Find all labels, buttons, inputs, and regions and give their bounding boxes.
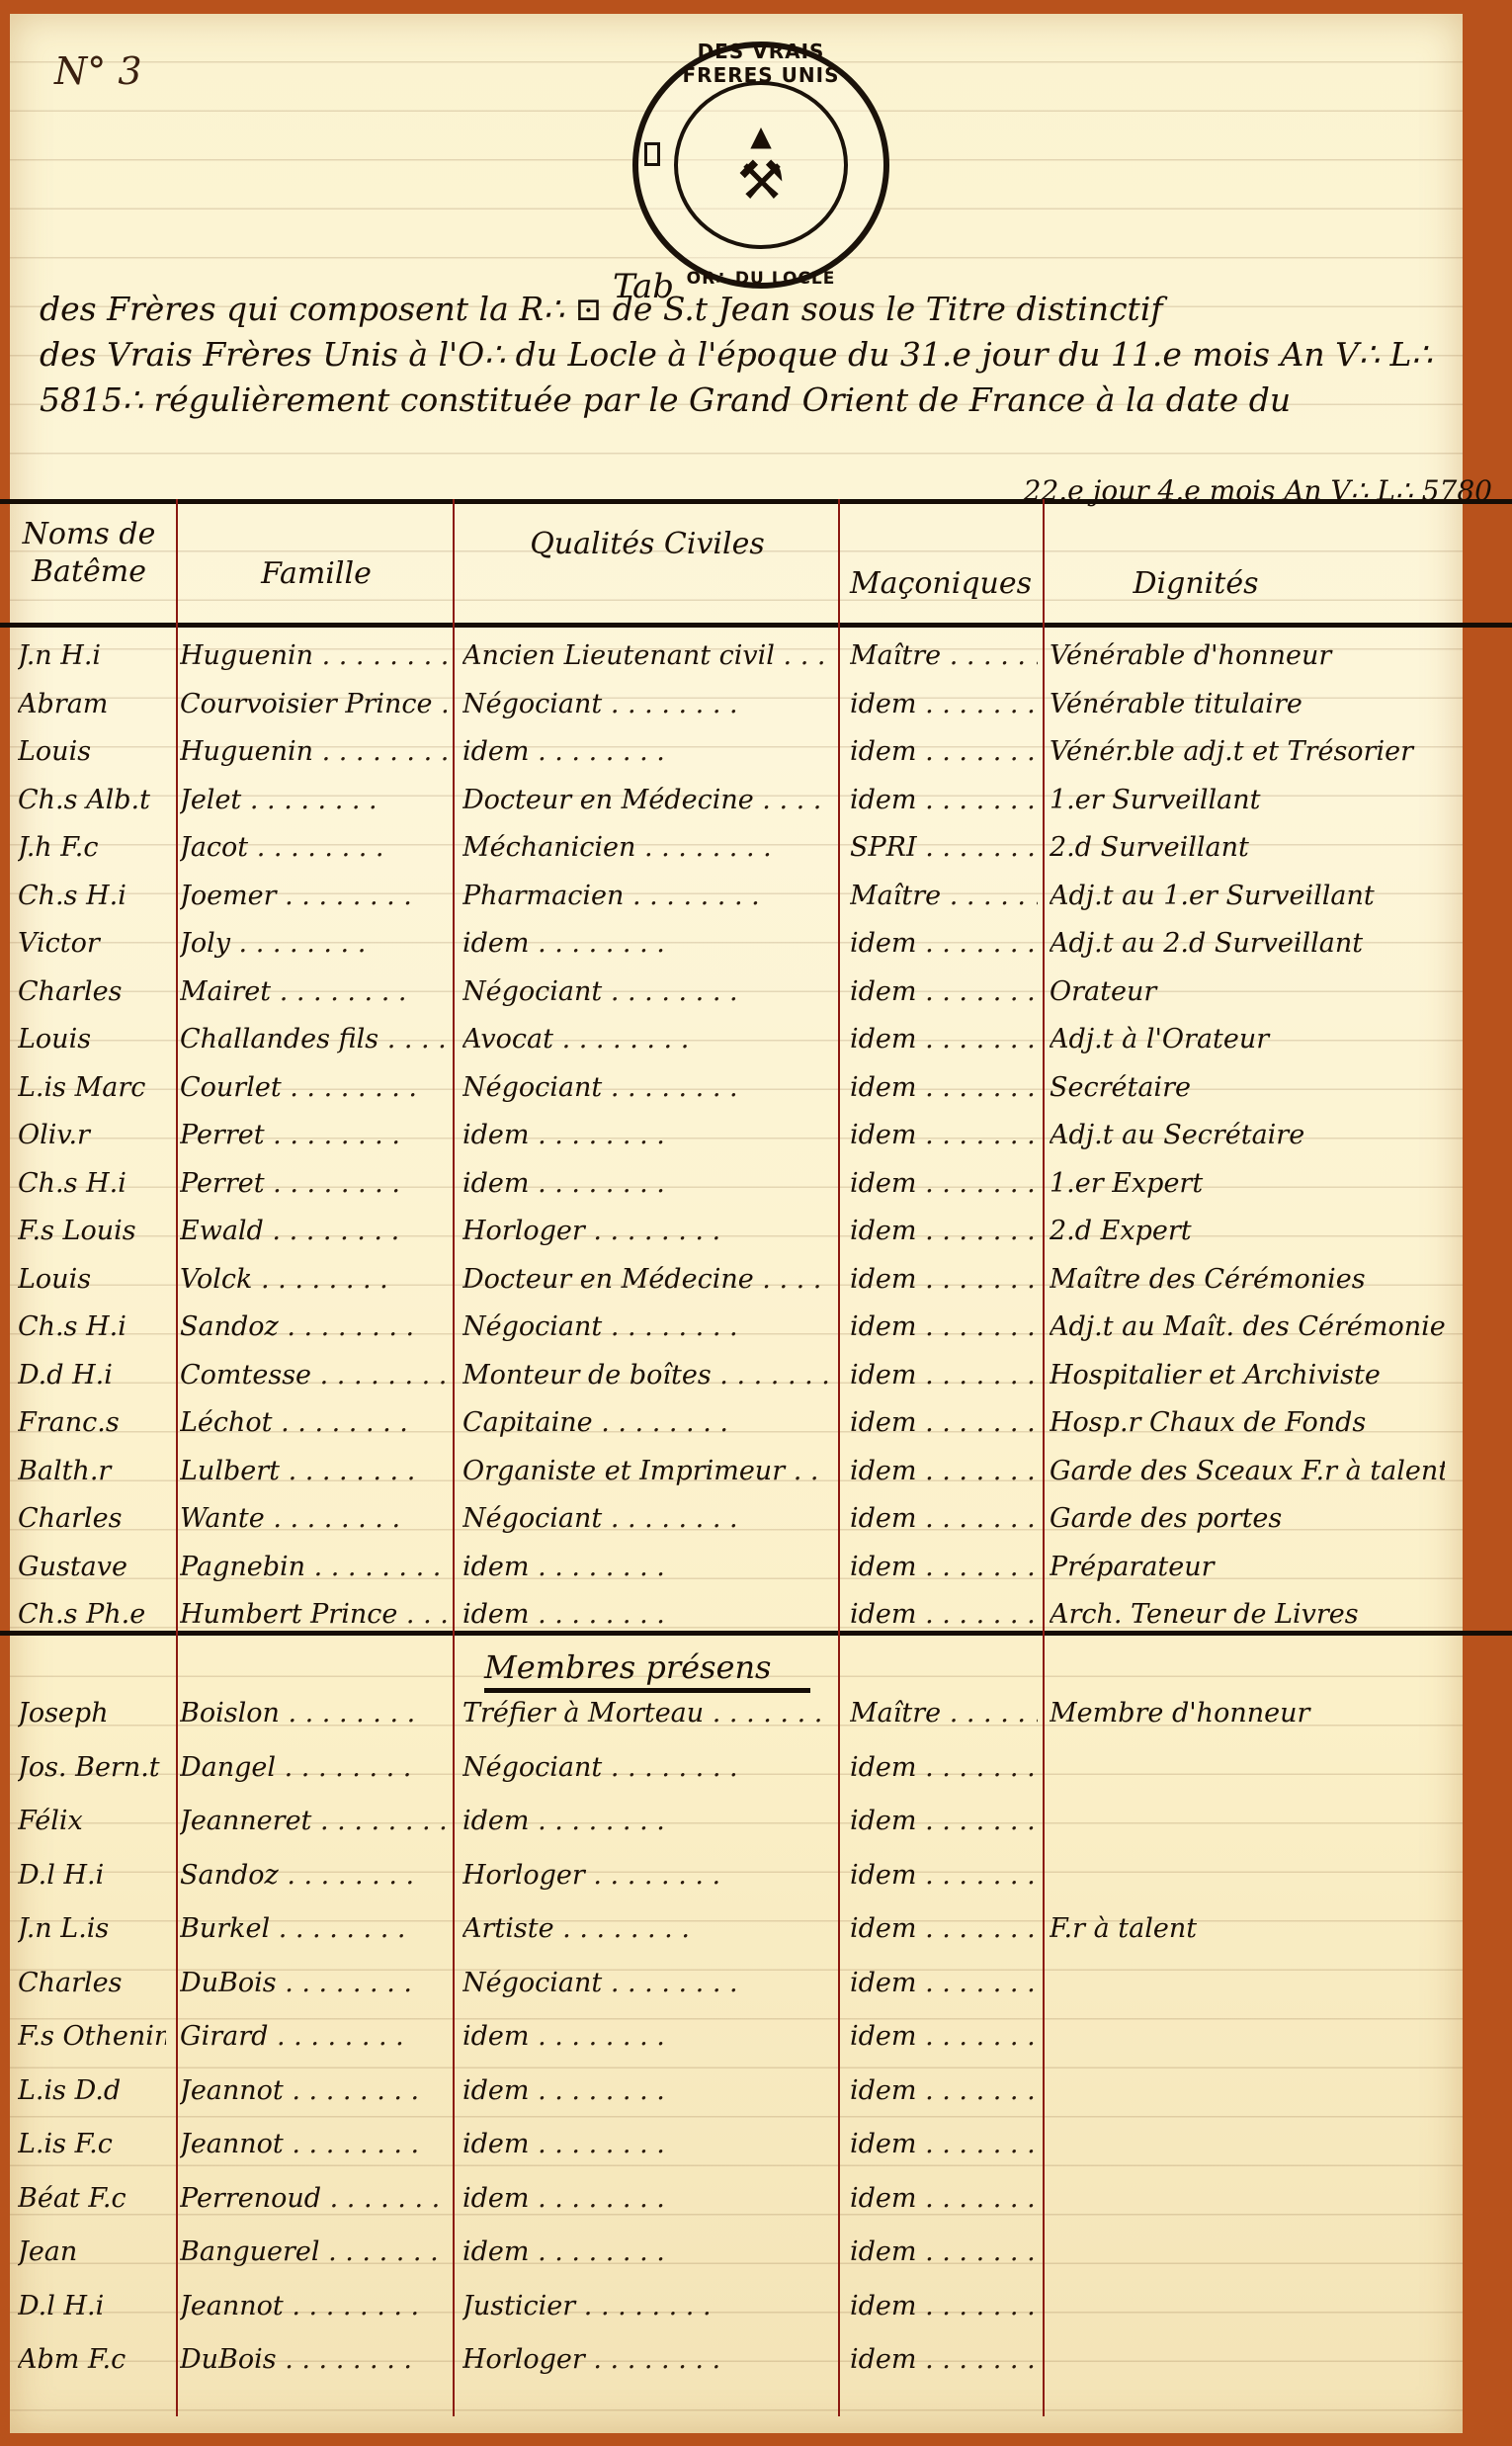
baptism-name-cell: Balth.r: [18, 1448, 166, 1495]
family-name-cell: Huguenin: [180, 728, 447, 776]
header-civil: Qualités Civiles: [464, 526, 830, 563]
masonic-grade-cell: idem: [850, 1852, 1038, 1899]
civil-quality-cell: Horloger: [462, 1208, 828, 1255]
table-row: GustavePagnebinidemidemPréparateur: [0, 1544, 1453, 1591]
table-row: L.is F.cJeannotidemidem: [0, 2121, 1453, 2168]
table-row: Ch.s Ph.eHumbert PrinceidemidemArch. Ten…: [0, 1591, 1453, 1639]
civil-quality-cell: Négociant: [462, 681, 828, 728]
baptism-name-cell: L.is D.d: [18, 2067, 166, 2115]
family-name-cell: Jeannot: [180, 2067, 447, 2115]
civil-quality-cell: Horloger: [462, 1852, 828, 1899]
civil-quality-cell: Négociant: [462, 1495, 828, 1543]
table-row: LouisHugueninidemidemVénér.ble adj.t et …: [0, 728, 1453, 776]
baptism-name-cell: Oliv.r: [18, 1112, 166, 1159]
family-name-cell: Joly: [180, 920, 447, 968]
table-row: CharlesDuBoisNégociantidem: [0, 1960, 1453, 2007]
civil-quality-cell: Monteur de boîtes: [462, 1352, 828, 1399]
family-name-cell: Jelet: [180, 777, 447, 824]
table-row: Ch.s H.iPerretidemidem1.er Expert: [0, 1160, 1453, 1208]
masonic-grade-cell: idem: [850, 1304, 1038, 1351]
baptism-name-cell: Gustave: [18, 1544, 166, 1591]
dignity-cell: Adj.t au 1.er Surveillant: [1050, 873, 1445, 920]
dignity-cell: Maître des Cérémonies: [1050, 1256, 1445, 1304]
table-row: J.n H.iHugueninAncien Lieutenant civilMa…: [0, 633, 1453, 680]
dignity-cell: Adj.t au Maît. des Cérémonies: [1050, 1304, 1445, 1351]
dignity-cell: 2.d Expert: [1050, 1208, 1445, 1255]
masonic-grade-cell: Maître: [850, 633, 1038, 680]
masonic-grade-cell: idem: [850, 1352, 1038, 1399]
masonic-grade-cell: SPRI: [850, 824, 1038, 872]
table-row: Oliv.rPerretidemidemAdj.t au Secrétaire: [0, 1112, 1453, 1159]
table-row: Ch.s Alb.tJeletDocteur en Médecineidem1.…: [0, 777, 1453, 824]
lodge-square-icon: [644, 142, 660, 166]
title-block: des Frères qui composent la R∴ ⊡ de S.t …: [40, 287, 1443, 423]
baptism-name-cell: F.s Othenin: [18, 2013, 166, 2061]
masonic-grade-cell: idem: [850, 1544, 1038, 1591]
header-baptism: Noms de Batême: [10, 516, 168, 591]
family-name-cell: Challandes fils: [180, 1016, 447, 1063]
family-name-cell: Ewald: [180, 1208, 447, 1255]
masonic-grade-cell: idem: [850, 1448, 1038, 1495]
civil-quality-cell: Négociant: [462, 1064, 828, 1112]
dignity-cell: Adj.t au 2.d Surveillant: [1050, 920, 1445, 968]
baptism-name-cell: L.is F.c: [18, 2121, 166, 2168]
table-row: J.n L.isBurkelArtisteidemF.r à talent: [0, 1905, 1453, 1953]
header-dignities: Dignités: [1048, 565, 1344, 603]
baptism-name-cell: Franc.s: [18, 1399, 166, 1447]
dignity-cell: Garde des portes: [1050, 1495, 1445, 1543]
dignity-cell: Adj.t à l'Orateur: [1050, 1016, 1445, 1063]
table-header: Noms de Batême Famille Qualités Civiles …: [0, 516, 1453, 630]
dignity-cell: Adj.t au Secrétaire: [1050, 1112, 1445, 1159]
table-row: Ch.s H.iJoemerPharmacienMaîtreAdj.t au 1…: [0, 873, 1453, 920]
civil-quality-cell: idem: [462, 1112, 828, 1159]
title-line: des Frères qui composent la R∴ ⊡ de S.t …: [40, 287, 1443, 332]
family-name-cell: Volck: [180, 1256, 447, 1304]
civil-quality-cell: Organiste et Imprimeur: [462, 1448, 828, 1495]
masonic-grade-cell: idem: [850, 681, 1038, 728]
table-row: D.d H.iComtesseMonteur de boîtesidemHosp…: [0, 1352, 1453, 1399]
table-row: JeanBanguerelidemidem: [0, 2229, 1453, 2276]
family-name-cell: Courvoisier Prince: [180, 681, 447, 728]
baptism-name-cell: Ch.s H.i: [18, 1304, 166, 1351]
masonic-grade-cell: idem: [850, 1112, 1038, 1159]
table-row: Béat F.cPerrenoudidemidem: [0, 2175, 1453, 2223]
header-family: Famille: [188, 555, 445, 593]
civil-quality-cell: Capitaine: [462, 1399, 828, 1447]
baptism-name-cell: Ch.s H.i: [18, 1160, 166, 1208]
family-name-cell: Sandoz: [180, 1304, 447, 1351]
table-row: AbramCourvoisier PrinceNégociantidemVéné…: [0, 681, 1453, 728]
masonic-grade-cell: idem: [850, 1256, 1038, 1304]
section-label-members: Membres présens: [484, 1648, 810, 1693]
baptism-name-cell: Jos. Bern.t: [18, 1744, 166, 1792]
baptism-name-cell: L.is Marc: [18, 1064, 166, 1112]
table-row: L.is MarcCourletNégociantidemSecrétaire: [0, 1064, 1453, 1112]
civil-quality-cell: idem: [462, 2121, 828, 2168]
dignity-cell: Membre d'honneur: [1050, 1690, 1445, 1737]
seal-bottom-text: OR∴ DU LOCLE: [678, 269, 844, 289]
civil-quality-cell: Avocat: [462, 1016, 828, 1063]
baptism-name-cell: Charles: [18, 1495, 166, 1543]
civil-quality-cell: Pharmacien: [462, 873, 828, 920]
dignity-cell: Arch. Teneur de Livres: [1050, 1591, 1445, 1639]
seal-top-text: DES VRAIS FRERES UNIS: [678, 40, 844, 87]
family-name-cell: Comtesse: [180, 1352, 447, 1399]
family-name-cell: Perret: [180, 1112, 447, 1159]
masonic-grade-cell: idem: [850, 2229, 1038, 2276]
family-name-cell: Perrenoud: [180, 2175, 447, 2223]
baptism-name-cell: D.d H.i: [18, 1352, 166, 1399]
baptism-name-cell: Louis: [18, 1016, 166, 1063]
radiant-delta-icon: ▲: [750, 123, 772, 150]
civil-quality-cell: Docteur en Médecine: [462, 777, 828, 824]
family-name-cell: Pagnebin: [180, 1544, 447, 1591]
masonic-grade-cell: idem: [850, 2013, 1038, 2061]
table-row: CharlesWanteNégociantidemGarde des porte…: [0, 1495, 1453, 1543]
civil-quality-cell: idem: [462, 2229, 828, 2276]
civil-quality-cell: idem: [462, 2013, 828, 2061]
baptism-name-cell: D.l H.i: [18, 2283, 166, 2330]
family-name-cell: Wante: [180, 1495, 447, 1543]
baptism-name-cell: Abram: [18, 681, 166, 728]
civil-quality-cell: idem: [462, 1798, 828, 1845]
dignity-cell: 1.er Expert: [1050, 1160, 1445, 1208]
masonic-grade-cell: idem: [850, 1208, 1038, 1255]
title-line: 5815∴ régulièrement constituée par le Gr…: [40, 378, 1443, 423]
masonic-grade-cell: idem: [850, 969, 1038, 1016]
civil-quality-cell: idem: [462, 920, 828, 968]
civil-quality-cell: Artiste: [462, 1905, 828, 1953]
masonic-grade-cell: idem: [850, 777, 1038, 824]
masonic-grade-cell: idem: [850, 1160, 1038, 1208]
family-name-cell: DuBois: [180, 2336, 447, 2384]
masonic-grade-cell: idem: [850, 1064, 1038, 1112]
masonic-grade-cell: idem: [850, 2336, 1038, 2384]
civil-quality-cell: Négociant: [462, 1304, 828, 1351]
civil-quality-cell: idem: [462, 728, 828, 776]
baptism-name-cell: J.n H.i: [18, 633, 166, 680]
table-row: JosephBoislonTréfier à MorteauMaîtreMemb…: [0, 1690, 1453, 1737]
civil-quality-cell: Négociant: [462, 1960, 828, 2007]
family-name-cell: Burkel: [180, 1905, 447, 1953]
lodge-seal: DES VRAIS FRERES UNIS ▲ ⚒ OR∴ DU LOCLE: [632, 42, 889, 289]
table-row: Ch.s H.iSandozNégociantidemAdj.t au Maît…: [0, 1304, 1453, 1351]
baptism-name-cell: Félix: [18, 1798, 166, 1845]
header-masonic: Maçoniques: [842, 565, 1040, 603]
family-name-cell: Dangel: [180, 1744, 447, 1792]
family-name-cell: Jeannot: [180, 2121, 447, 2168]
family-name-cell: DuBois: [180, 1960, 447, 2007]
table-row: D.l H.iJeannotJusticieridem: [0, 2283, 1453, 2330]
family-name-cell: Banguerel: [180, 2229, 447, 2276]
masonic-grade-cell: idem: [850, 1905, 1038, 1953]
civil-quality-cell: Horloger: [462, 2336, 828, 2384]
table-row: CharlesMairetNégociantidemOrateur: [0, 969, 1453, 1016]
masonic-grade-cell: idem: [850, 2175, 1038, 2223]
table-row: Abm F.cDuBoisHorlogeridem: [0, 2336, 1453, 2384]
dignity-cell: Préparateur: [1050, 1544, 1445, 1591]
family-name-cell: Mairet: [180, 969, 447, 1016]
family-name-cell: Humbert Prince: [180, 1591, 447, 1639]
table-row: FélixJeanneretidemidem: [0, 1798, 1453, 1845]
dignity-cell: 2.d Surveillant: [1050, 824, 1445, 872]
civil-quality-cell: Tréfier à Morteau: [462, 1690, 828, 1737]
table-row: Balth.rLulbertOrganiste et Imprimeuridem…: [0, 1448, 1453, 1495]
table-row: LouisVolckDocteur en MédecineidemMaître …: [0, 1256, 1453, 1304]
baptism-name-cell: Ch.s Ph.e: [18, 1591, 166, 1639]
masonic-grade-cell: idem: [850, 1495, 1038, 1543]
family-name-cell: Perret: [180, 1160, 447, 1208]
masonic-grade-cell: idem: [850, 1798, 1038, 1845]
document-number: N° 3: [54, 49, 142, 93]
baptism-name-cell: J.h F.c: [18, 824, 166, 872]
baptism-name-cell: F.s Louis: [18, 1208, 166, 1255]
civil-quality-cell: idem: [462, 1591, 828, 1639]
dignity-cell: 1.er Surveillant: [1050, 777, 1445, 824]
baptism-name-cell: Louis: [18, 1256, 166, 1304]
baptism-name-cell: Louis: [18, 728, 166, 776]
seal-inner-ring: DES VRAIS FRERES UNIS ▲ ⚒ OR∴ DU LOCLE: [674, 81, 848, 249]
dignity-cell: Hospitalier et Archiviste: [1050, 1352, 1445, 1399]
baptism-name-cell: Charles: [18, 1960, 166, 2007]
dignity-cell: Vénér.ble adj.t et Trésorier: [1050, 728, 1445, 776]
title-line: des Vrais Frères Unis à l'O∴ du Locle à …: [40, 332, 1443, 378]
masonic-grade-cell: Maître: [850, 1690, 1038, 1737]
civil-quality-cell: Méchanicien: [462, 824, 828, 872]
masonic-grade-cell: idem: [850, 1591, 1038, 1639]
baptism-name-cell: Béat F.c: [18, 2175, 166, 2223]
masonic-grade-cell: idem: [850, 2121, 1038, 2168]
dignity-cell: F.r à talent: [1050, 1905, 1445, 1953]
masonic-grade-cell: idem: [850, 2067, 1038, 2115]
table-row: VictorJolyidemidemAdj.t au 2.d Surveilla…: [0, 920, 1453, 968]
masonic-grade-cell: idem: [850, 1016, 1038, 1063]
civil-quality-cell: Négociant: [462, 969, 828, 1016]
family-name-cell: Jeanneret: [180, 1798, 447, 1845]
family-name-cell: Lulbert: [180, 1448, 447, 1495]
family-name-cell: Huguenin: [180, 633, 447, 680]
masonic-grade-cell: idem: [850, 1960, 1038, 2007]
baptism-name-cell: J.n L.is: [18, 1905, 166, 1953]
table-row: Jos. Bern.tDangelNégociantidem: [0, 1744, 1453, 1792]
dignity-cell: Hosp.r Chaux de Fonds: [1050, 1399, 1445, 1447]
family-name-cell: Jacot: [180, 824, 447, 872]
dignity-cell: Vénérable titulaire: [1050, 681, 1445, 728]
civil-quality-cell: idem: [462, 1544, 828, 1591]
masonic-grade-cell: idem: [850, 1399, 1038, 1447]
family-name-cell: Léchot: [180, 1399, 447, 1447]
table-row: Franc.sLéchotCapitaineidemHosp.r Chaux d…: [0, 1399, 1453, 1447]
table-row: L.is D.dJeannotidemidem: [0, 2067, 1453, 2115]
family-name-cell: Joemer: [180, 873, 447, 920]
family-name-cell: Courlet: [180, 1064, 447, 1112]
table-row: F.s OtheninGirardidemidem: [0, 2013, 1453, 2061]
header-rule-top: [0, 499, 1512, 504]
dignity-cell: Orateur: [1050, 969, 1445, 1016]
dignity-cell: Vénérable d'honneur: [1050, 633, 1445, 680]
table-row: D.l H.iSandozHorlogeridem: [0, 1852, 1453, 1899]
masonic-grade-cell: idem: [850, 920, 1038, 968]
table-row: J.h F.cJacotMéchanicienSPRI2.d Surveilla…: [0, 824, 1453, 872]
table-row: F.s LouisEwaldHorlogeridem2.d Expert: [0, 1208, 1453, 1255]
family-name-cell: Sandoz: [180, 1852, 447, 1899]
civil-quality-cell: idem: [462, 2175, 828, 2223]
civil-quality-cell: idem: [462, 2067, 828, 2115]
masonic-grade-cell: idem: [850, 1744, 1038, 1792]
baptism-name-cell: Ch.s Alb.t: [18, 777, 166, 824]
baptism-name-cell: Ch.s H.i: [18, 873, 166, 920]
civil-quality-cell: Docteur en Médecine: [462, 1256, 828, 1304]
baptism-name-cell: Charles: [18, 969, 166, 1016]
baptism-name-cell: Victor: [18, 920, 166, 968]
masonic-grade-cell: Maître: [850, 873, 1038, 920]
baptism-name-cell: Joseph: [18, 1690, 166, 1737]
table-row: LouisChallandes filsAvocatidemAdj.t à l'…: [0, 1016, 1453, 1063]
baptism-name-cell: Abm F.c: [18, 2336, 166, 2384]
family-name-cell: Boislon: [180, 1690, 447, 1737]
civil-quality-cell: idem: [462, 1160, 828, 1208]
baptism-name-cell: Jean: [18, 2229, 166, 2276]
family-name-cell: Girard: [180, 2013, 447, 2061]
civil-quality-cell: Ancien Lieutenant civil: [462, 633, 828, 680]
civil-quality-cell: Négociant: [462, 1744, 828, 1792]
square-and-compass-icon: ⚒: [737, 154, 785, 208]
masonic-grade-cell: idem: [850, 728, 1038, 776]
civil-quality-cell: Justicier: [462, 2283, 828, 2330]
baptism-name-cell: D.l H.i: [18, 1852, 166, 1899]
dignity-cell: Garde des Sceaux F.r à talent: [1050, 1448, 1445, 1495]
dignity-cell: Secrétaire: [1050, 1064, 1445, 1112]
family-name-cell: Jeannot: [180, 2283, 447, 2330]
masonic-grade-cell: idem: [850, 2283, 1038, 2330]
